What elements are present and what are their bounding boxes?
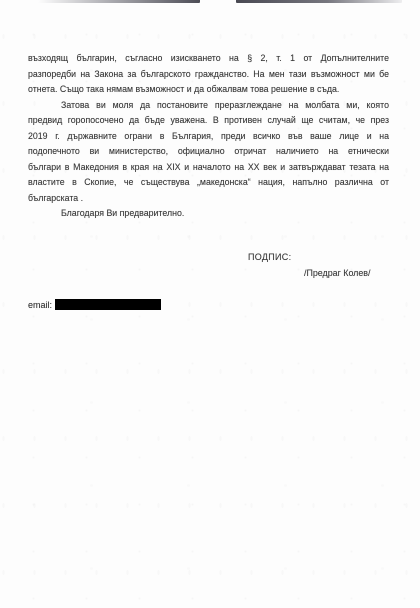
scan-edge-artifact-left — [38, 0, 200, 3]
email-line: email: — [28, 299, 161, 310]
signature-label: ПОДПИС: — [248, 252, 291, 262]
text-line: 2019 г. държавните ограни в България, пр… — [28, 129, 389, 145]
text-line: Благодаря Ви предварително. — [28, 206, 389, 222]
letter-body: възходящ българин, съгласно изискването … — [28, 51, 389, 222]
signature-name: /Предраг Колев/ — [304, 268, 370, 278]
email-redaction-bar — [55, 299, 161, 310]
text-line: българи в Македония в края на XIX и нача… — [28, 160, 389, 176]
text-line: Затова ви моля да постановите преразглеж… — [28, 98, 389, 114]
document-page: възходящ българин, съгласно изискването … — [0, 0, 420, 608]
text-line: предвид горопосочено да бъде уважена. В … — [28, 113, 389, 129]
text-line: отнета. Също така нямам възможност и да … — [28, 82, 389, 98]
text-line: възходящ българин, съгласно изискването … — [28, 51, 389, 67]
text-line: властите в Скопие, че съществува „македо… — [28, 175, 389, 191]
text-line: подопечното ви министерство, официално о… — [28, 144, 389, 160]
text-line: разпоредби на Закона за българското граж… — [28, 67, 389, 83]
email-label: email: — [28, 300, 52, 310]
scan-edge-artifact-right — [236, 0, 402, 3]
text-line: българската . — [28, 191, 389, 207]
